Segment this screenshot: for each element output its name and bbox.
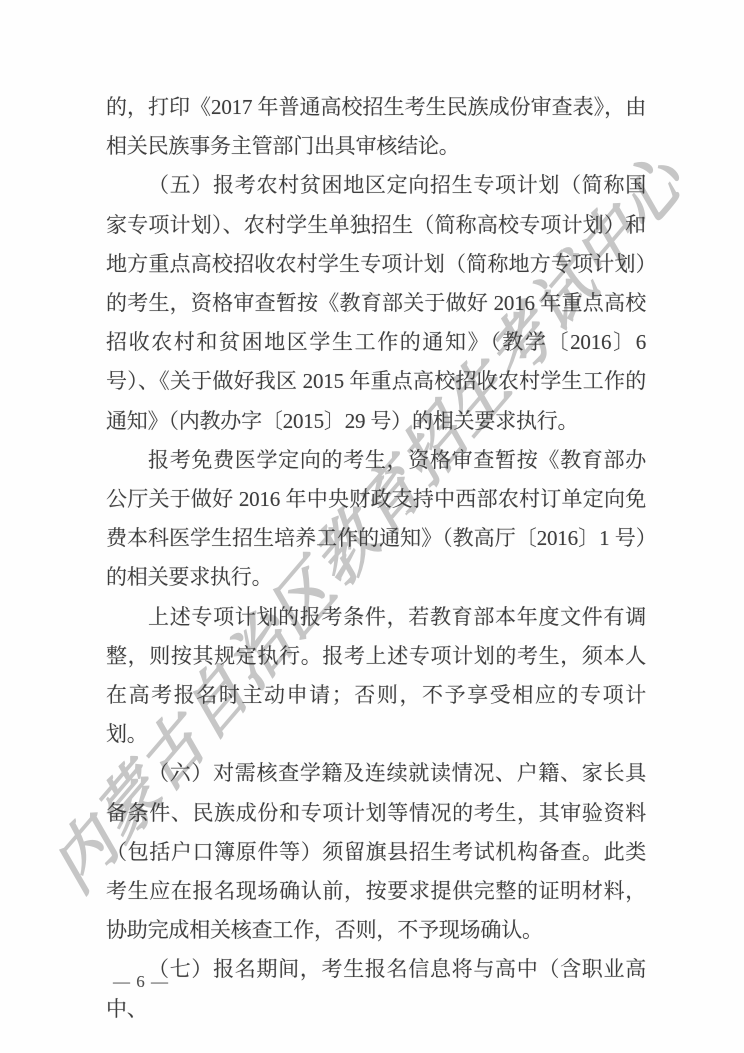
paragraph-item-7: （七）报名期间，考生报名信息将与高中（含职业高中、 <box>106 950 646 1028</box>
paragraph-item-6: （六）对需核查学籍及连续就读情况、户籍、家长具备条件、民族成份和专项计划等情况的… <box>106 754 646 950</box>
paragraph-special-plan-conditions: 上述专项计划的报考条件，若教育部本年度文件有调整，则按其规定执行。报考上述专项计… <box>106 598 646 755</box>
scanned-document-page: { "page": { "number_label": "— 6 —", "wa… <box>0 0 744 1053</box>
paragraph-free-medical: 报考免费医学定向的考生，资格审查暂按《教育部办公厅关于做好 2016 年中央财政… <box>106 441 646 598</box>
document-page: 内蒙古自治区教育招生考试中心 的，打印《2017 年普通高校招生考生民族成份审查… <box>0 0 744 1053</box>
document-body-text: 的，打印《2017 年普通高校招生考生民族成份审查表》，由相关民族事务主管部门出… <box>106 88 646 1029</box>
paragraph-continuation: 的，打印《2017 年普通高校招生考生民族成份审查表》，由相关民族事务主管部门出… <box>106 88 646 166</box>
paragraph-item-5: （五）报考农村贫困地区定向招生专项计划（简称国家专项计划）、农村学生单独招生（简… <box>106 166 646 440</box>
page-number: — 6 — <box>106 972 176 992</box>
